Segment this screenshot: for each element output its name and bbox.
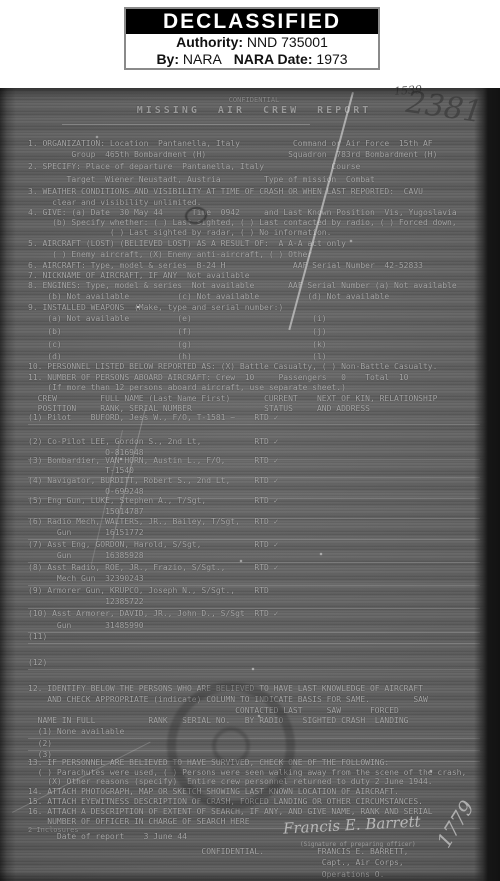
doc-line: (12) — [28, 658, 480, 670]
round-stamp-seal — [167, 682, 295, 810]
doc-line: (If more than 12 persons aboard aircraft… — [28, 383, 480, 393]
doc-line: (b) Not available (c) Not available (d) … — [28, 292, 480, 302]
doc-line: 8. ENGINES: Type, model & series Not ava… — [28, 281, 480, 291]
doc-line: (c) (g) (k) — [28, 340, 480, 350]
doc-line: (10) Asst Armorer, DAVID, JR., John D., … — [28, 609, 480, 619]
doc-line: (11) — [28, 632, 480, 644]
doc-line: (a) Not available (e) (i) — [28, 314, 480, 324]
title-underline — [62, 124, 310, 125]
doc-line: 12385722 — [28, 597, 480, 609]
doc-line: (b) (f) (j) — [28, 327, 480, 337]
doc-line: 5. AIRCRAFT (LOST) (BELIEVED LOST) AS A … — [28, 239, 480, 249]
doc-line: (b) Specify whether: ( ) Last sighted, (… — [28, 218, 480, 228]
doc-line: (5) Eng Gun, LUKE, Stephen A., T/Sgt, RT… — [28, 496, 480, 506]
doc-line: Capt., Air Corps, — [28, 858, 480, 868]
doc-line: 9. INSTALLED WEAPONS (Make, type and ser… — [28, 303, 480, 313]
stamp-inner-circle — [212, 727, 250, 765]
doc-line: 2. SPECIFY: Place of departure Pantanell… — [28, 162, 480, 172]
doc-line: ( ) Enemy aircraft, (X) Enemy anti-aircr… — [28, 250, 480, 260]
doc-line: Group 465th Bombardment (H) Squadron 783… — [28, 150, 480, 160]
doc-line: 4. GIVE: (a) Date 30 May 44 Time 0942 an… — [28, 208, 480, 218]
doc-line: 7. NICKNAME OF AIRCRAFT, IF ANY Not avai… — [28, 271, 480, 281]
doc-line: (6) Radio Mech, WALTERS, JR., Bailey, T/… — [28, 517, 480, 527]
doc-line: Operations O. — [28, 870, 480, 880]
doc-line: Gun 16385928 — [28, 551, 480, 563]
signature-caption: (Signature of preparing officer) — [300, 841, 416, 848]
dust-speckles — [137, 306, 139, 308]
doc-line: 10. PERSONNEL LISTED BELOW REPORTED AS: … — [28, 362, 480, 372]
doc-line: 3. WEATHER CONDITIONS AND VISIBILITY AT … — [28, 187, 480, 197]
doc-line: 6. AIRCRAFT: Type, model & series B-24 H… — [28, 261, 480, 271]
doc-line: ( ) Last sighted by radar, ( ) No inform… — [28, 228, 480, 238]
doc-line: (2) Co-Pilot LEE, Gordon S., 2nd Lt, RTD… — [28, 437, 480, 447]
doc-line: (4) Navigator, BURDITT, Robert S., 2nd L… — [28, 476, 480, 486]
doc-line: CONFIDENTIAL. FRANCIS E. BARRETT, — [28, 847, 480, 857]
doc-line: (3) Bombardier, VAN HORN, Austin L., F/O… — [28, 456, 480, 466]
doc-line: 11. NUMBER OF PERSONS ABOARD AIRCRAFT: C… — [28, 373, 480, 383]
doc-line: (9) Armorer Gun, KRUPCO, Joseph N., S/Sg… — [28, 586, 480, 596]
doc-line: 1. ORGANIZATION: Location Pantanella, It… — [28, 139, 480, 149]
doc-line: clear and visibility unlimited. — [28, 198, 480, 208]
doc-line: (d) (h) (l) — [28, 352, 480, 362]
doc-line: (8) Asst Radio, ROE, JR., Frazio, S/Sgt.… — [28, 563, 480, 573]
scanned-macr-page: DECLASSIFIED Authority: NND 735001 By: N… — [0, 0, 500, 881]
doc-line: Mech Gun 32390243 — [28, 574, 480, 586]
doc-line: (1) Pilot BUFORD, Jess W., F/O, T-1581 ~… — [28, 413, 480, 425]
doc-line: Target Wiener Neustadt, Austria Type of … — [28, 175, 480, 185]
doc-line: CREW FULL NAME (Last Name First) CURRENT… — [28, 394, 480, 404]
